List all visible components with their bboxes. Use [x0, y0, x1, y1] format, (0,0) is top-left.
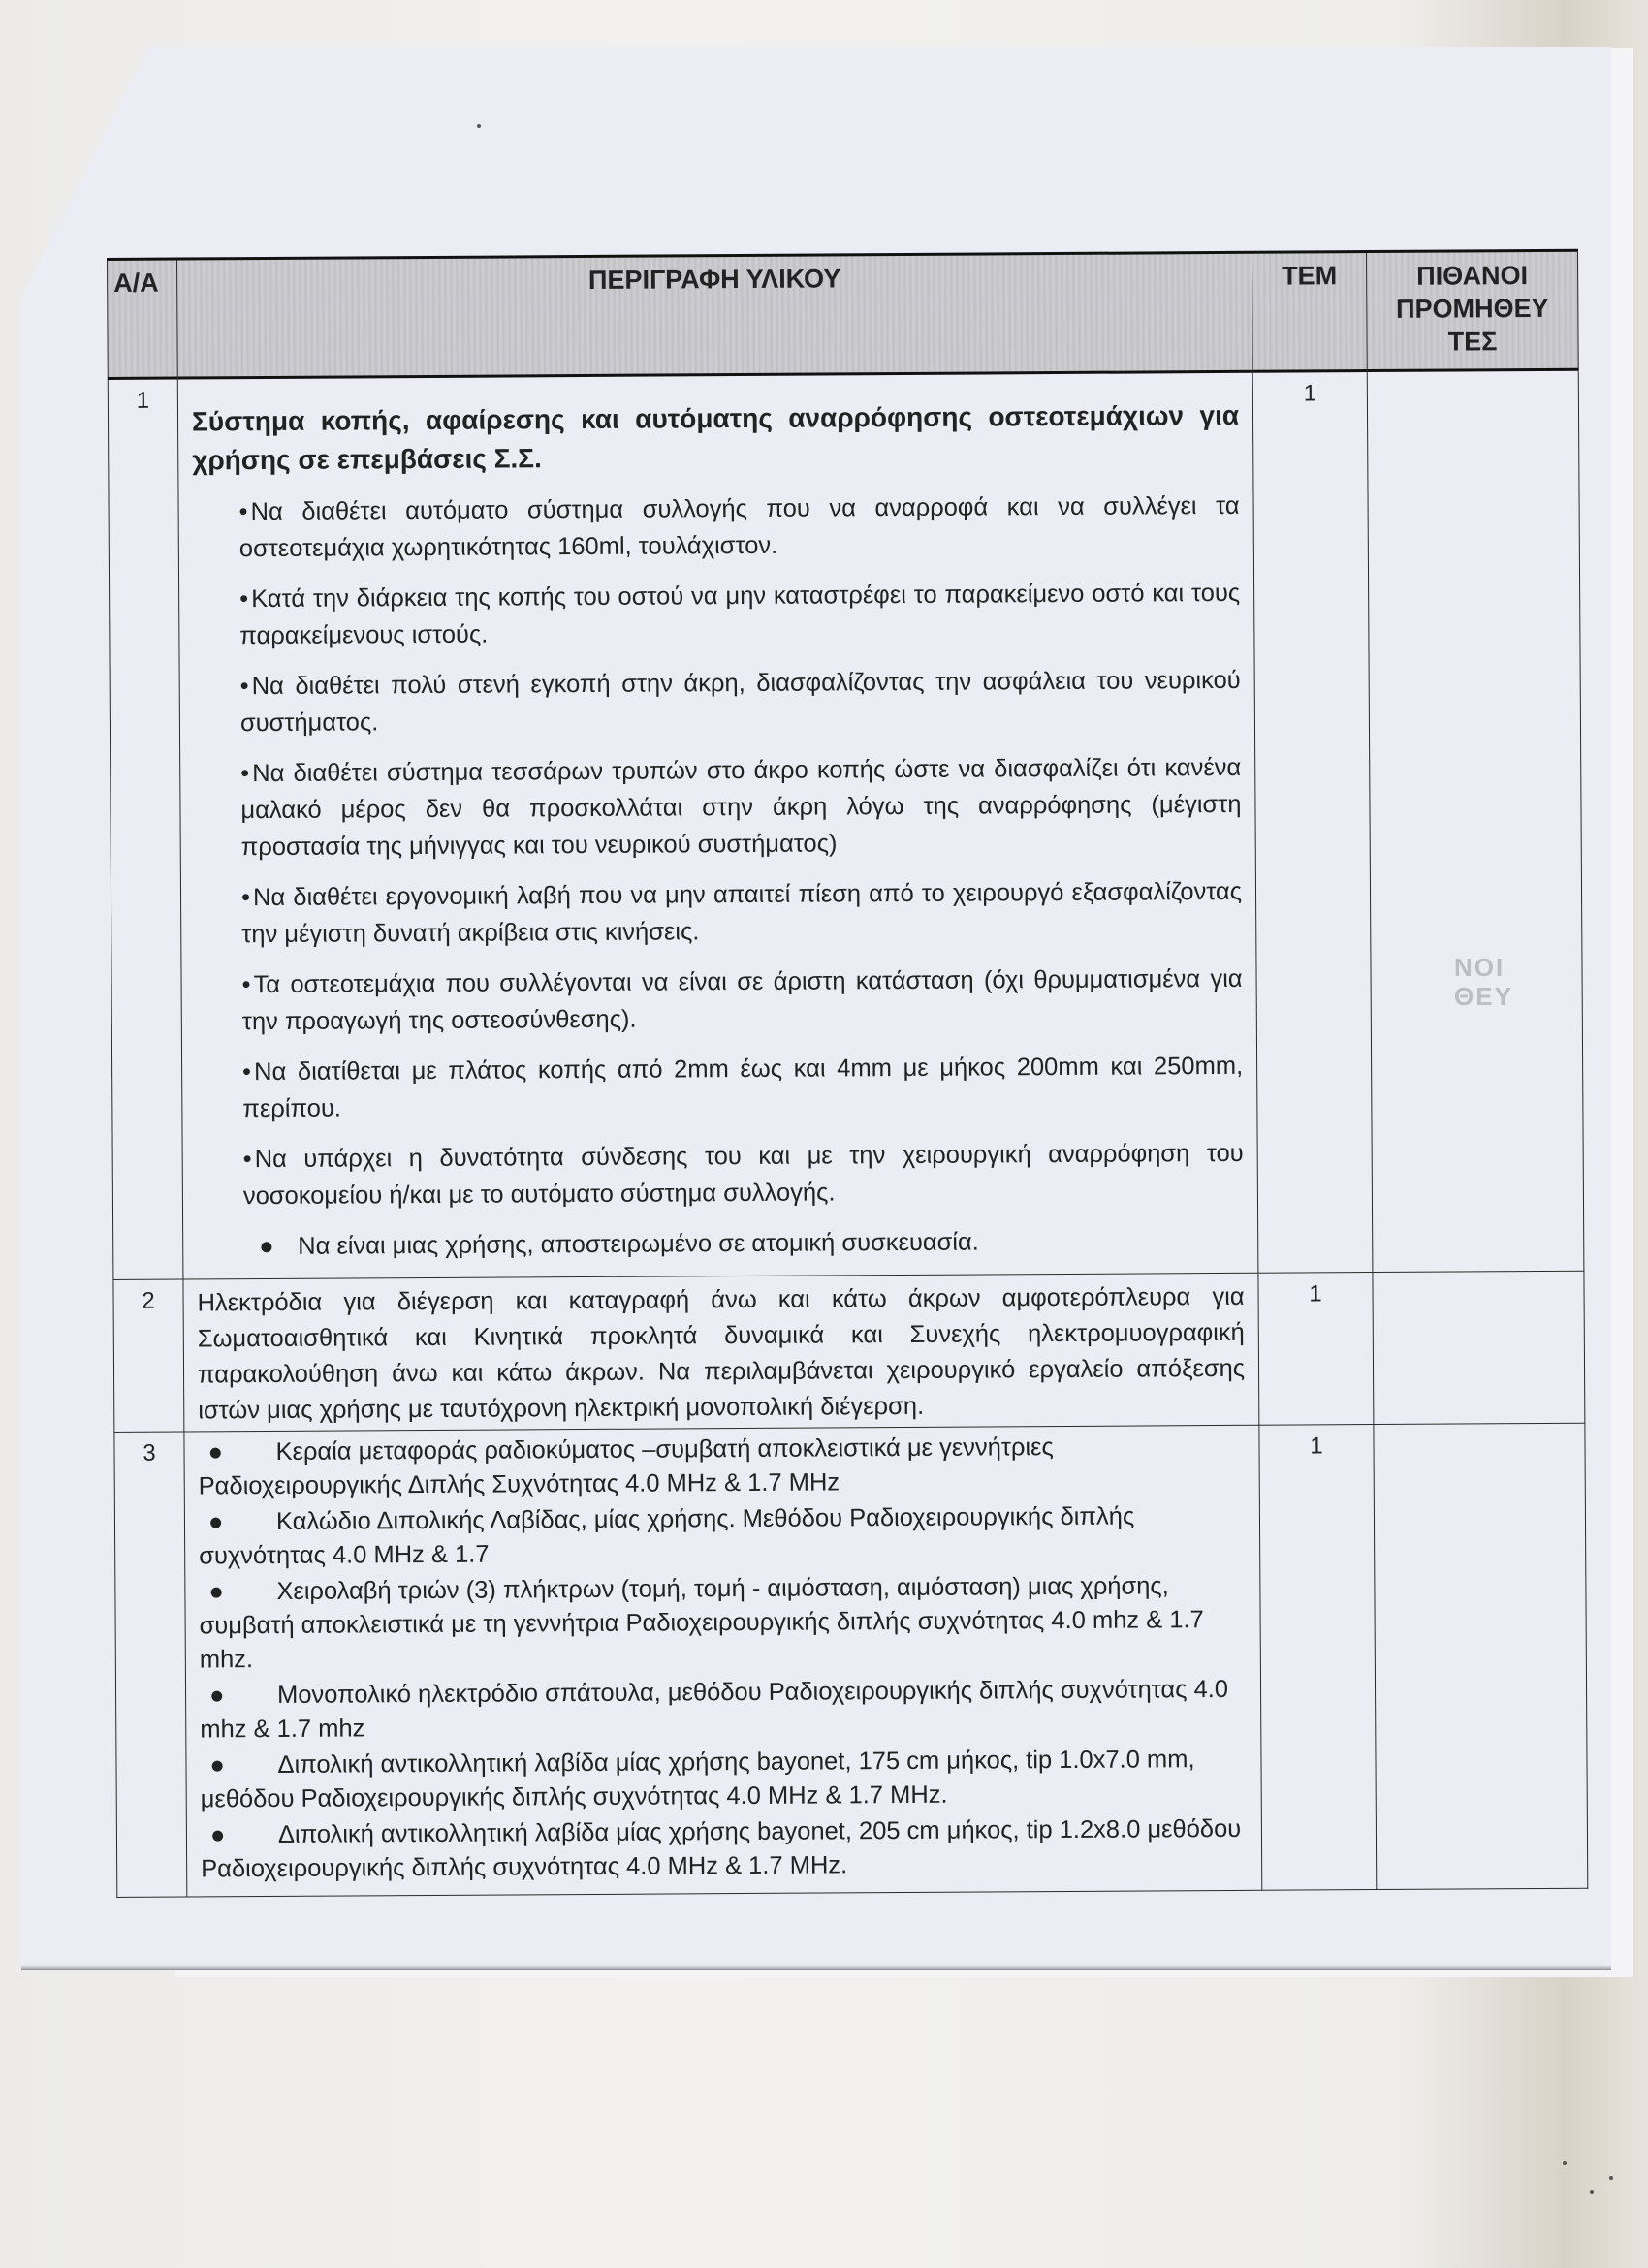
spec-bullet: Να διατίθεται με πλάτος κοπής από 2mm έω… [242, 1053, 1243, 1122]
row-suppliers [1373, 1271, 1585, 1424]
spec-bullet: Κατά την διάρκεια της κοπής του οστού να… [239, 580, 1240, 649]
spec-bullet: Να διαθέτει πολύ στενή εγκοπή στην άκρη,… [240, 667, 1241, 737]
header-description: ΠΕΡΙΓΡΑΦΗ ΥΛΙΚΟΥ [177, 252, 1253, 378]
spec-bullet: Να διαθέτει σύστημα τεσσάρων τρυπών στο … [240, 754, 1241, 861]
spec-bullet: Διπολική αντικολλητική λαβίδα μίας χρήση… [201, 1746, 1195, 1812]
scan-speck [477, 124, 481, 128]
table-row: 1 Σύστημα κοπής, αφαίρεσης και αυτόματης… [108, 369, 1584, 1279]
bullet-icon: • [241, 879, 253, 916]
bullet-icon: • [239, 581, 251, 617]
row-description: Ηλεκτρόδια για διέγερση και καταγραφή άν… [183, 1273, 1259, 1432]
table-header-row: Α/Α ΠΕΡΙΓΡΑΦΗ ΥΛΙΚΟΥ ΤΕΜ ΠΙΘΑΝΟΙ ΠΡΟΜΗΘΕ… [108, 250, 1579, 378]
bullet-icon: ● [200, 1748, 277, 1782]
spec-bullet: Μονοπολικό ηλεκτρόδιο σπάτουλα, μεθόδου … [200, 1676, 1228, 1743]
row-number: 2 [113, 1279, 184, 1432]
scan-speck [1590, 2190, 1594, 2194]
row-number: 1 [108, 378, 183, 1279]
bullet-icon: ● [199, 1575, 276, 1609]
row-description: ●Κεραία μεταφοράς ραδιοκύματος –συμβατή … [184, 1425, 1262, 1897]
header-quantity: ΤΕΜ [1252, 252, 1367, 372]
header-aa: Α/Α [108, 259, 178, 378]
bullet-icon: • [243, 1141, 255, 1178]
bullet-icon: • [240, 668, 252, 705]
bullet-icon: ● [199, 1505, 276, 1539]
row-number: 3 [114, 1432, 187, 1897]
row-suppliers [1367, 369, 1584, 1272]
spec-bullet: Χειρολαβή τριών (3) πλήκτρων (τομή, τομή… [200, 1572, 1204, 1673]
row-description: Σύστημα κοπής, αφαίρεσης και αυτόματης α… [177, 371, 1258, 1279]
bullet-icon: • [238, 493, 250, 530]
bullet-icon: • [240, 755, 252, 792]
item-description: Ηλεκτρόδια για διέγερση και καταγραφή άν… [197, 1279, 1245, 1430]
bullet-icon: ● [201, 1818, 278, 1852]
spec-bullet: Να διαθέτει αυτόματο σύστημα συλλογής πο… [239, 492, 1240, 562]
row-quantity: 1 [1259, 1425, 1377, 1891]
spec-bullet: Να είναι μιας χρήσης, αποστειρωμένο σε α… [298, 1229, 979, 1260]
table-row: 3 ●Κεραία μεταφοράς ραδιοκύματος –συμβατ… [114, 1423, 1588, 1897]
spec-bullet: Καλώδιο Διπολικής Λαβίδας, μίας χρήσης. … [199, 1503, 1134, 1570]
spec-bullet: Να διαθέτει εργονομική λαβή που να μην α… [241, 878, 1242, 948]
row-suppliers [1374, 1423, 1588, 1889]
table-row: 2 Ηλεκτρόδια για διέγερση και καταγραφή … [113, 1271, 1585, 1432]
bullet-icon: • [242, 1054, 254, 1090]
item-title: Σύστημα κοπής, αφαίρεσης και αυτόματης α… [192, 396, 1239, 481]
row-quantity: 1 [1258, 1273, 1374, 1426]
scan-speck [1609, 2176, 1613, 2180]
bullet-icon: ● [198, 1435, 275, 1469]
spec-bullet: Να υπάρχει η δυνατότητα σύνδεσης του και… [243, 1140, 1244, 1210]
row-quantity: 1 [1252, 371, 1373, 1274]
materials-specification-table: Α/Α ΠΕΡΙΓΡΑΦΗ ΥΛΙΚΟΥ ΤΕΜ ΠΙΘΑΝΟΙ ΠΡΟΜΗΘΕ… [107, 249, 1588, 1898]
scanned-page: ΝΟΙ ΘΕΥ Α/Α ΠΕΡΙΓΡΑΦΗ ΥΛΙΚΟΥ ΤΕΜ ΠΙΘΑΝΟΙ… [21, 47, 1611, 1970]
spec-bullet: Κεραία μεταφοράς ραδιοκύματος –συμβατή α… [199, 1433, 1054, 1499]
bullet-icon: • [241, 966, 253, 1003]
scan-speck [1563, 2161, 1567, 2165]
bullet-icon: ● [200, 1679, 277, 1713]
header-suppliers: ΠΙΘΑΝΟΙ ΠΡΟΜΗΘΕΥ ΤΕΣ [1366, 250, 1578, 370]
spec-bullet: Τα οστεοτεμάχια που συλλέγονται να είναι… [242, 965, 1243, 1035]
spec-bullet: Διπολική αντικολλητική λαβίδα μίας χρήση… [201, 1815, 1241, 1883]
bullet-icon: ● [259, 1228, 298, 1265]
